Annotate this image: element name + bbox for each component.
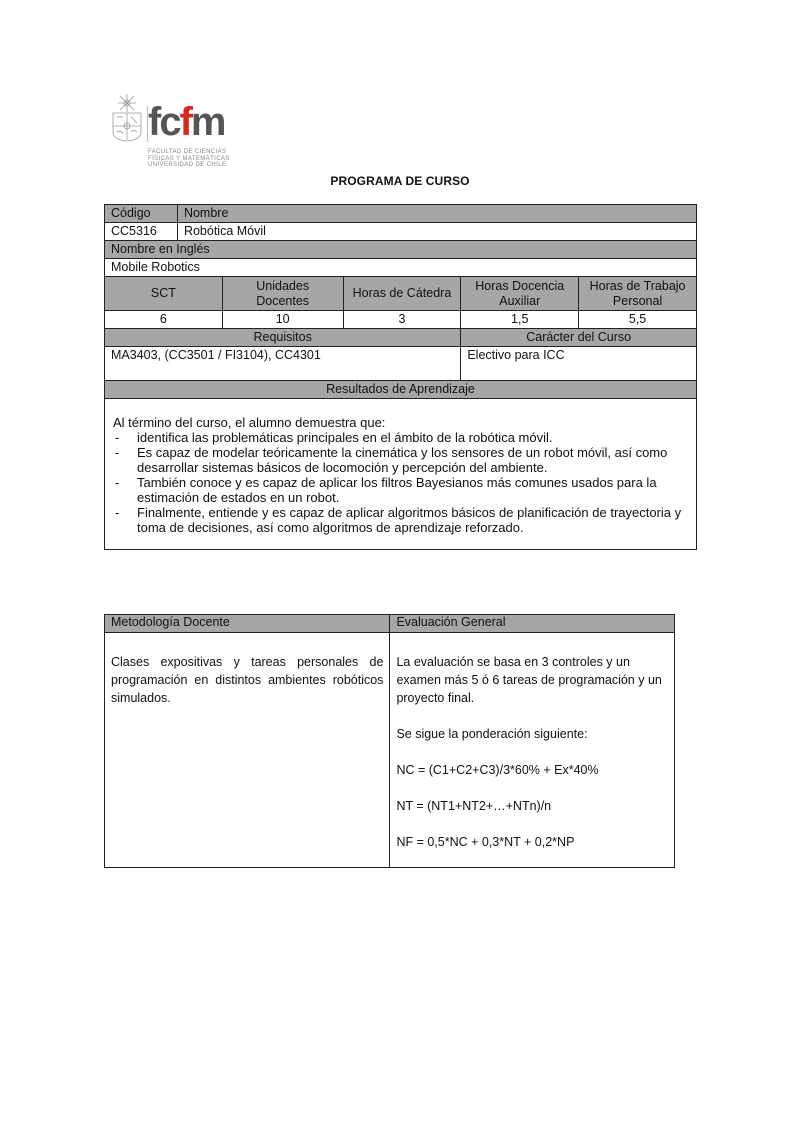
fcfm-wordmark: fcfm xyxy=(148,102,224,142)
faculty-line-3: UNIVERSIDAD DE CHILE xyxy=(148,162,230,169)
course-info-table: Código Nombre CC5316 Robótica Móvil Nomb… xyxy=(104,204,697,550)
personal-work-hours-header: Horas de Trabajo Personal xyxy=(579,277,697,311)
hours-header-row: SCT Unidades Docentes Horas de Cátedra H… xyxy=(105,277,697,311)
learning-outcomes-list: identifica las problemáticas principales… xyxy=(113,430,688,535)
formula-nc: NC = (C1+C2+C3)/3*60% + Ex*40% xyxy=(396,761,668,779)
learning-outcomes-label: Resultados de Aprendizaje xyxy=(105,381,697,399)
requirements-label: Requisitos xyxy=(105,329,461,347)
name-label: Nombre xyxy=(177,205,696,223)
list-item: identifica las problemáticas principales… xyxy=(113,430,688,445)
university-crest-icon xyxy=(110,94,144,142)
learning-outcomes-intro: Al término del curso, el alumno demuestr… xyxy=(113,415,688,430)
learning-outcomes-content: Al término del curso, el alumno demuestr… xyxy=(105,399,697,550)
course-character-label: Carácter del Curso xyxy=(461,329,697,347)
document-title: PROGRAMA DE CURSO xyxy=(0,174,800,188)
course-code: CC5316 xyxy=(105,223,178,241)
methodology-content: Clases expositivas y tareas personales d… xyxy=(105,633,390,868)
requirements-value: MA3403, (CC3501 / FI3104), CC4301 xyxy=(105,347,461,381)
evaluation-content: La evaluación se basa en 3 controles y u… xyxy=(390,633,675,868)
code-name-row: CC5316 Robótica Móvil xyxy=(105,223,697,241)
formula-nt: NT = (NT1+NT2+…+NTn)/n xyxy=(396,797,668,815)
methodology-label: Metodología Docente xyxy=(105,615,390,633)
english-name: Mobile Robotics xyxy=(105,259,697,277)
evaluation-label: Evaluación General xyxy=(390,615,675,633)
course-character-value: Electivo para ICC xyxy=(461,347,697,381)
list-item: También conoce y es capaz de aplicar los… xyxy=(113,475,688,505)
code-label: Código xyxy=(105,205,178,223)
code-name-header-row: Código Nombre xyxy=(105,205,697,223)
faculty-name: FACULTAD DE CIENCIAS FÍSICAS Y MATEMÁTIC… xyxy=(148,149,230,169)
hours-values-row: 6 10 3 1,5 5,5 xyxy=(105,311,697,329)
lecture-hours-value: 3 xyxy=(343,311,461,329)
list-item: Es capaz de modelar teóricamente la cine… xyxy=(113,445,688,475)
english-name-label: Nombre en Inglés xyxy=(105,241,697,259)
evaluation-description: La evaluación se basa en 3 controles y u… xyxy=(396,653,668,707)
sct-value: 6 xyxy=(105,311,223,329)
weighting-intro: Se sigue la ponderación siguiente: xyxy=(396,725,668,743)
teaching-units-value: 10 xyxy=(222,311,343,329)
course-name: Robótica Móvil xyxy=(177,223,696,241)
auxiliary-hours-header: Horas Docencia Auxiliar xyxy=(461,277,579,311)
auxiliary-hours-value: 1,5 xyxy=(461,311,579,329)
personal-work-hours-value: 5,5 xyxy=(579,311,697,329)
teaching-units-header: Unidades Docentes xyxy=(222,277,343,311)
lecture-hours-header: Horas de Cátedra xyxy=(343,277,461,311)
list-item: Finalmente, entiende y es capaz de aplic… xyxy=(113,505,688,535)
methodology-evaluation-table: Metodología Docente Evaluación General C… xyxy=(104,614,675,868)
faculty-line-1: FACULTAD DE CIENCIAS xyxy=(148,149,230,156)
fcfm-logo: fcfm FACULTAD DE CIENCIAS FÍSICAS Y MATE… xyxy=(108,94,238,174)
methodology-text: Clases expositivas y tareas personales d… xyxy=(111,653,383,707)
sct-header: SCT xyxy=(105,277,223,311)
formula-nf: NF = 0,5*NC + 0,3*NT + 0,2*NP xyxy=(396,833,668,851)
